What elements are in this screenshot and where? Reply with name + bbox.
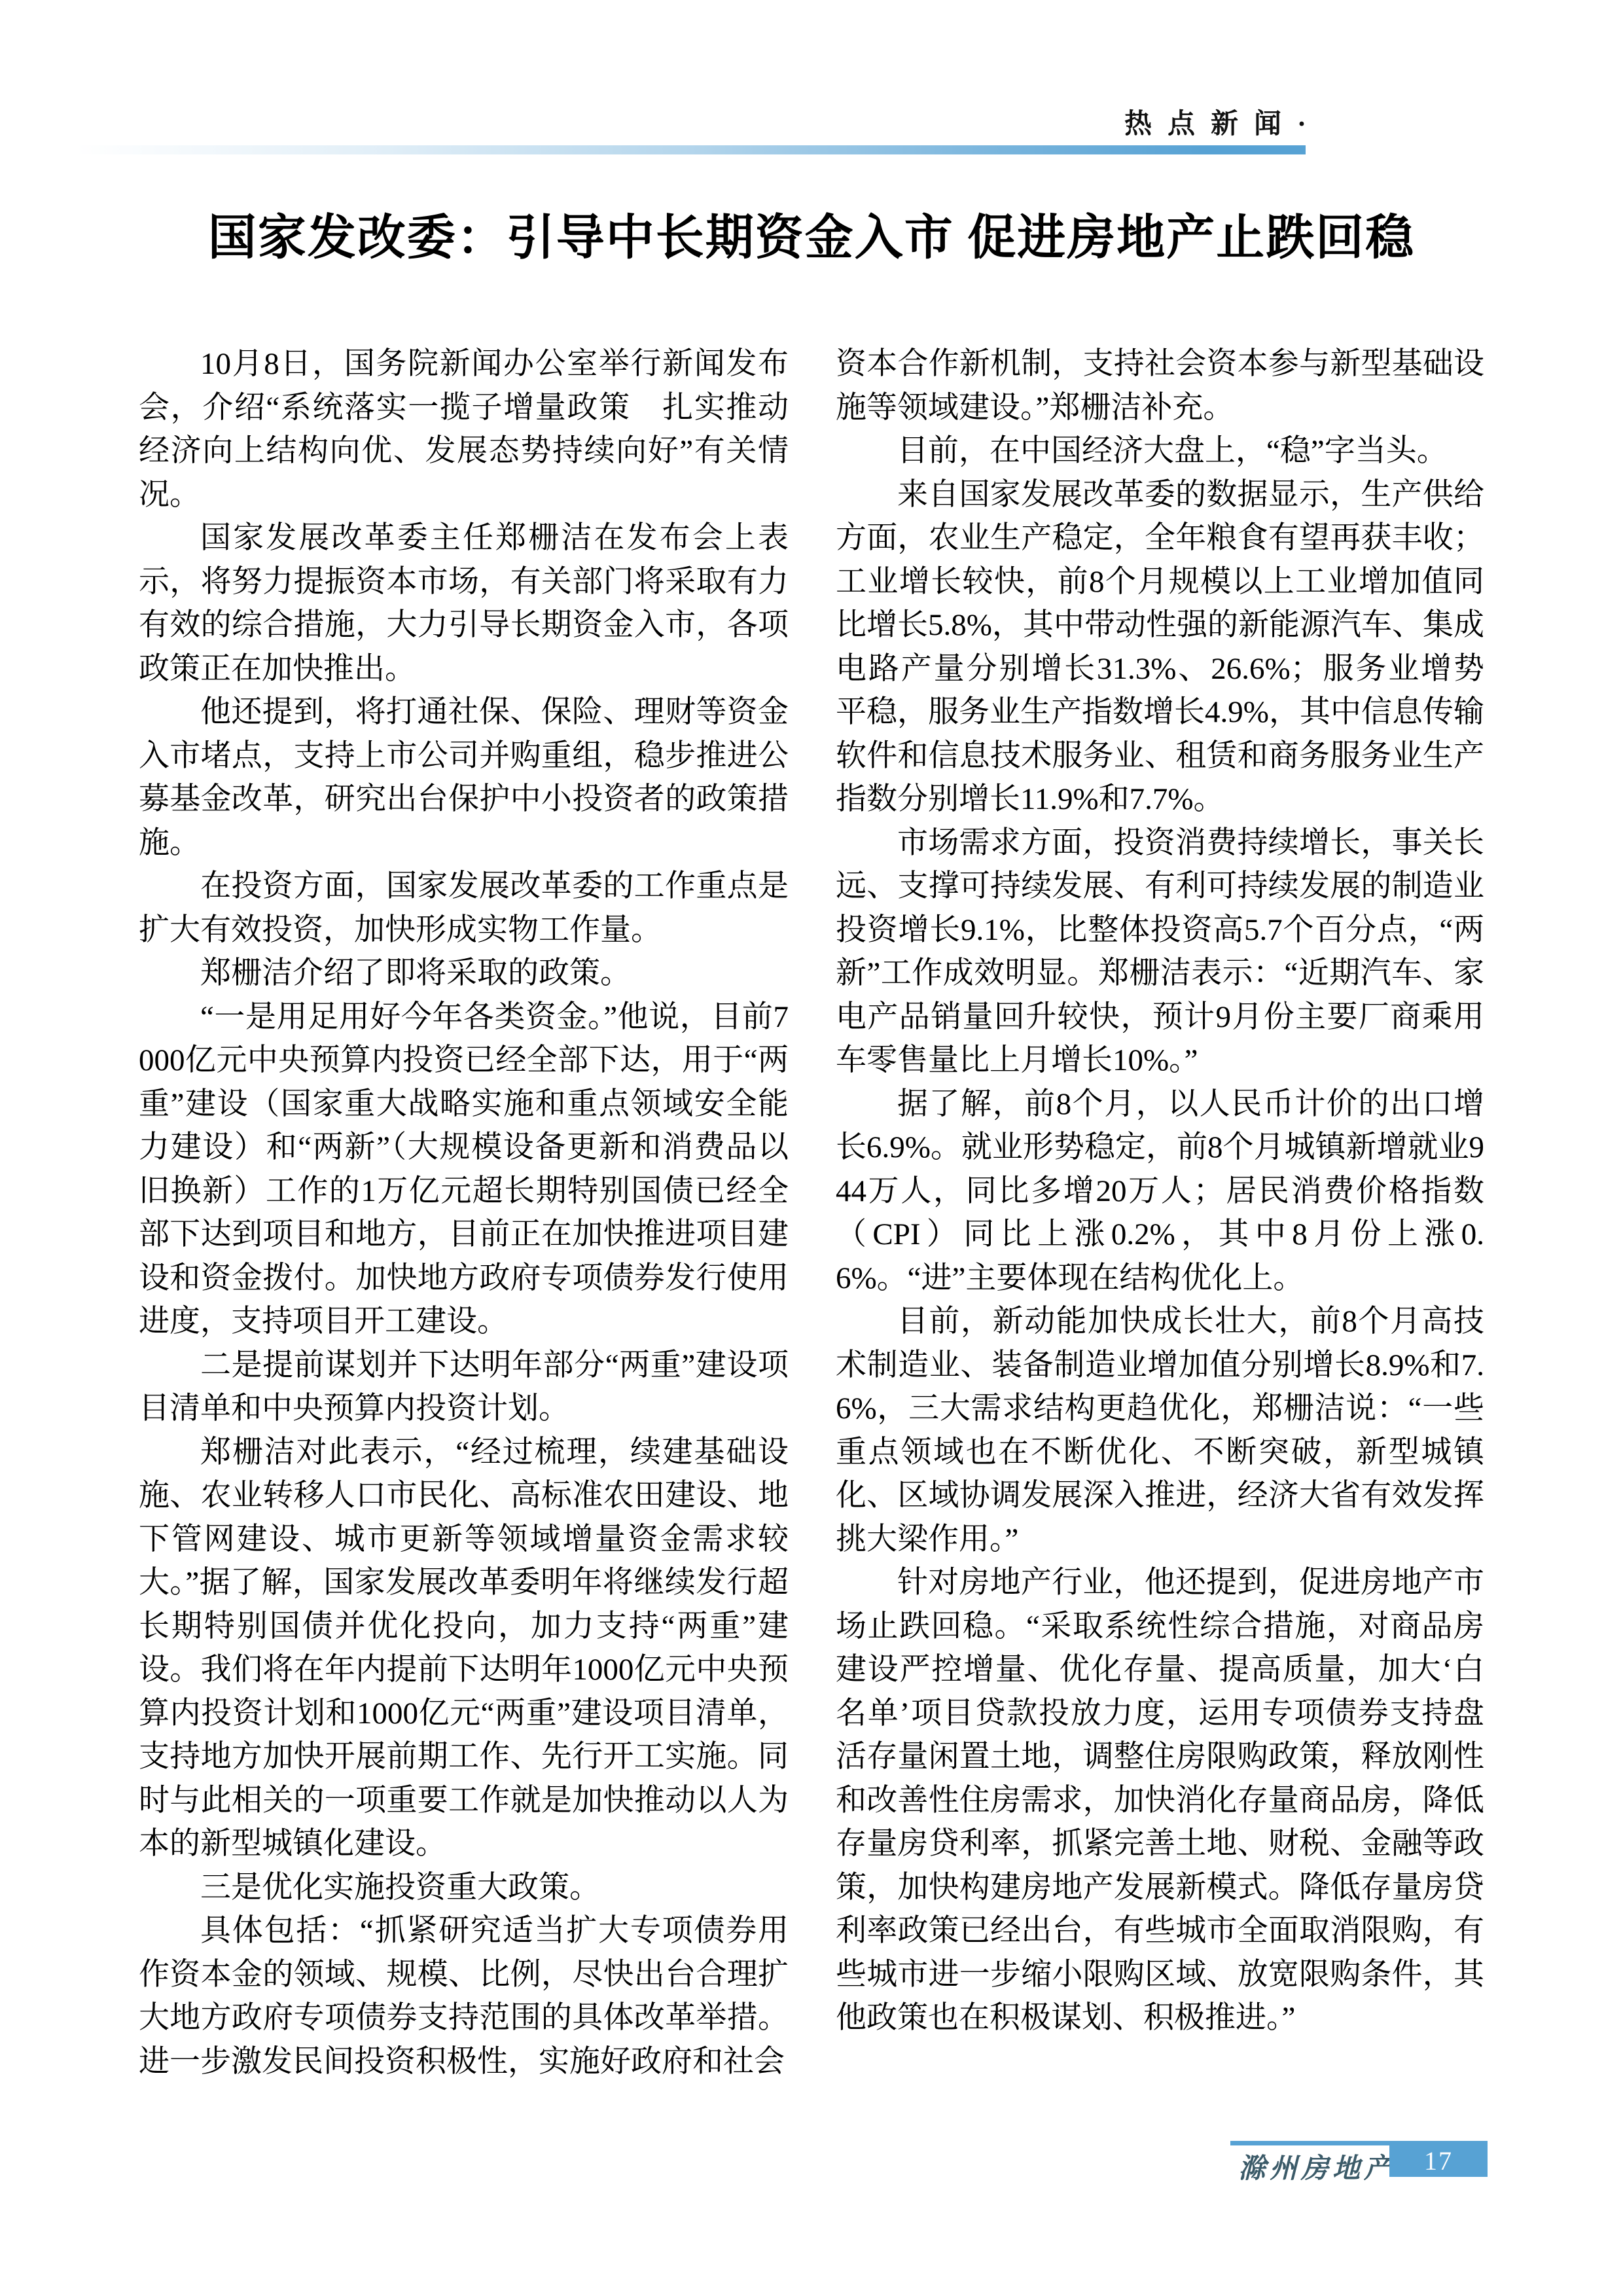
article-paragraph: 10月8日，国务院新闻办公室举行新闻发布会，介绍“系统落实一揽子增量政策 扎实推… (139, 342, 789, 516)
article-paragraph: 具体包括：“抓紧研究适当扩大专项债券用作资本金的领域、规模、比例，尽快出台合理扩… (139, 1909, 789, 2083)
article-paragraph: 针对房地产行业，他还提到，促进房地产市场止跌回稳。“采取系统性综合措施，对商品房… (836, 1561, 1484, 2040)
article-right-column: 资本合作新机制，支持社会资本参与新型基础设施等领域建设。”郑栅洁补充。 目前，在… (836, 342, 1484, 2040)
header-accent-bar (75, 145, 1306, 154)
article-paragraph: 国家发展改革委主任郑栅洁在发布会上表示，将努力提振资本市场，有关部门将采取有力有… (139, 516, 789, 691)
article-paragraph: 资本合作新机制，支持社会资本参与新型基础设施等领域建设。”郑栅洁补充。 (836, 342, 1484, 429)
article-paragraph: 市场需求方面，投资消费持续增长，事关长远、支撑可持续发展、有利可持续发展的制造业… (836, 821, 1484, 1083)
article-paragraph: 在投资方面，国家发展改革委的工作重点是扩大有效投资，加快形成实物工作量。 (139, 865, 789, 952)
section-header-label: 热点新闻· (1124, 102, 1322, 141)
article-paragraph: 郑栅洁对此表示，“经过梳理，续建基础设施、农业转移人口市民化、高标准农田建设、地… (139, 1431, 789, 1866)
article-paragraph: 来自国家发展改革委的数据显示，生产供给方面，农业生产稳定，全年粮食有望再获丰收；… (836, 473, 1484, 821)
page-number-badge: 17 (1389, 2145, 1488, 2177)
article-paragraph: 目前，在中国经济大盘上，“稳”字当头。 (836, 429, 1484, 473)
article-paragraph: 他还提到，将打通社保、保险、理财等资金入市堵点，支持上市公司并购重组，稳步推进公… (139, 691, 789, 865)
article-paragraph: 二是提前谋划并下达明年部分“两重”建设项目清单和中央预算内投资计划。 (139, 1344, 789, 1431)
page-title: 国家发改委：引导中长期资金入市 促进房地产止跌回稳 (0, 208, 1623, 268)
article-paragraph: 郑栅洁介绍了即将采取的政策。 (139, 952, 789, 996)
article-paragraph: 目前，新动能加快成长壮大，前8个月高技术制造业、装备制造业增加值分别增长8.9%… (836, 1300, 1484, 1561)
publication-name: 滁州房地产 (1238, 2147, 1382, 2186)
article-paragraph: “一是用足用好今年各类资金。”他说，目前7000亿元中央预算内投资已经全部下达，… (139, 996, 789, 1344)
article-left-column: 10月8日，国务院新闻办公室举行新闻发布会，介绍“系统落实一揽子增量政策 扎实推… (139, 342, 789, 2083)
page-number: 17 (1424, 2145, 1453, 2177)
article-paragraph: 三是优化实施投资重大政策。 (139, 1866, 789, 1910)
magazine-page: 热点新闻· 国家发改委：引导中长期资金入市 促进房地产止跌回稳 10月8日，国务… (0, 0, 1623, 2296)
footer-rule (1230, 2141, 1488, 2145)
article-paragraph: 据了解，前8个月，以人民币计价的出口增长6.9%。就业形势稳定，前8个月城镇新增… (836, 1083, 1484, 1300)
